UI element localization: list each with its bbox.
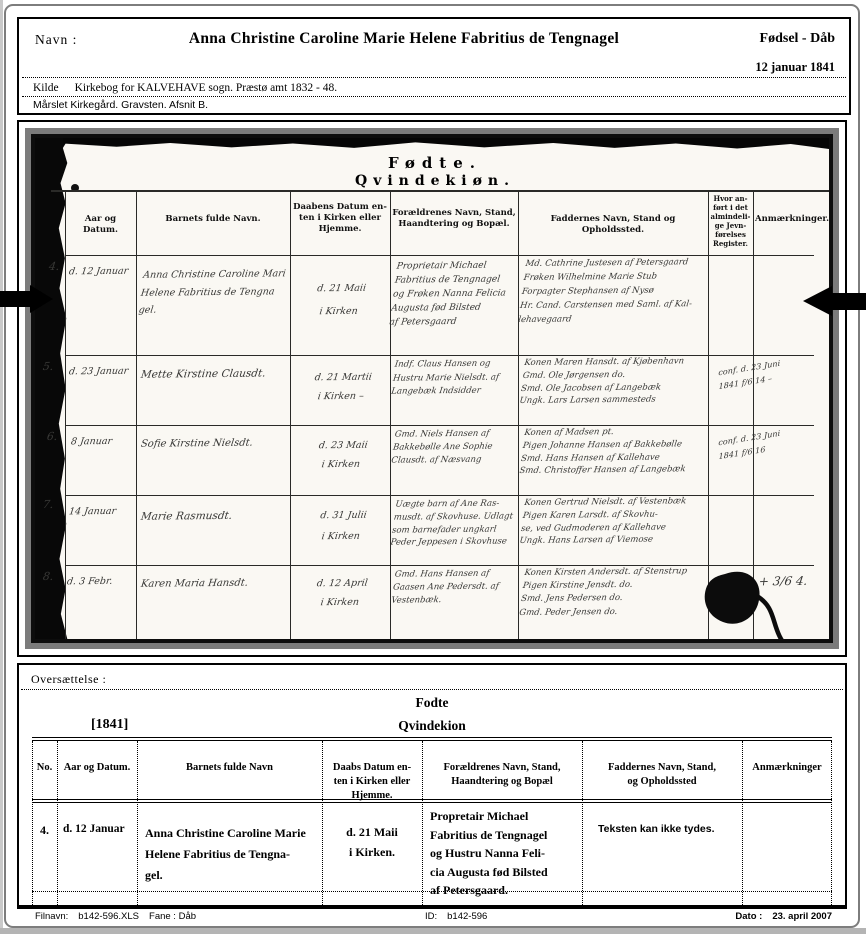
row-name: Mette Kirstine Clausdt. [140,367,292,381]
row-baptism: d. 12 April i Kirken [292,574,389,613]
left-arrow-body [0,291,30,307]
row-no: 7. [42,498,54,511]
window-left-edge [0,0,3,934]
scan-col-header-remarks: Anmærkninger. [755,214,827,225]
event-date: 12 januar 1841 [755,60,835,75]
rule [65,190,66,639]
ink-blob [687,566,817,643]
tr-col-header-no: No. [32,761,57,775]
row-date: 8 Januar [70,436,136,448]
row-witnesses: Md. Cathrine Justesen af Petersgaard Frø… [517,255,714,327]
tr-row-name: Anna Christine Caroline Marie Helene Fab… [145,823,317,886]
sheet-label: Fane : Dåb [149,911,196,922]
scan-col-header-register: Hvor an- ført i det almindeli- ge Jevn- … [709,194,752,249]
rule [51,190,829,192]
date-value: 23. april 2007 [772,911,832,922]
scan-col-header-witnesses: Faddernes Navn, Stand og Opholdssted. [520,214,706,236]
divider [21,689,843,690]
scan-panel: Fødte. Qvindekiøn. Aar og Datum. [17,120,847,657]
print-date: Dato :23. april 2007 [735,911,842,922]
name-label: Navn : [35,32,77,48]
file-name-value: b142-596.XLS [78,911,139,922]
event-type: Fødsel - Dåb [760,31,835,47]
source-line: KildeKirkebog for KALVEHAVE sogn. Præstø… [33,82,337,94]
row-parents: Gmd. Hans Hansen af Gaasen Ane Pedersdt.… [390,567,521,608]
rule [290,190,291,639]
row-witnesses: Konen Kirsten Andersdt. af Stenstrup Pig… [518,565,713,620]
row-name: Marie Rasmusdt. [140,509,292,523]
id-label: ID: [425,911,437,922]
translation-label: Oversættelse : [31,672,106,687]
left-arrow-tip [30,285,53,313]
scan-col-header-date: Aar og Datum. [67,214,134,236]
record-header: Navn : Anna Christine Caroline Marie Hel… [17,17,851,115]
window-bottom-edge [0,928,866,934]
tr-col-header-parents: Forældrenes Navn, Stand, Haandtering og … [422,761,582,789]
id-value: b142-596 [447,911,487,922]
tr-row-parents: Propretair Michael Fabritius de Tengnage… [430,807,580,900]
row-no: 8. [42,570,54,583]
record-page: Navn : Anna Christine Caroline Marie Hel… [0,0,866,934]
book-gutter [35,138,69,639]
source-text: Kirkebog for KALVEHAVE sogn. Præstø amt … [75,82,338,94]
tr-col-header-name: Barnets fulde Navn [137,761,322,775]
translation-subtitle: Qvindekion [19,718,845,734]
page-top-edge [63,138,829,149]
row-witnesses: Konen af Madsen pt. Pigen Johanne Hansen… [519,425,714,478]
row-name: Sofie Kirstine Nielsdt. [140,437,292,450]
tr-row-date: d. 12 Januar [63,823,135,835]
right-arrow-body [832,293,866,310]
source-label: Kilde [33,82,59,94]
row-no: 6. [46,430,58,443]
scan-col-header-baptism: Daabens Datum en- ten i Kirken eller Hje… [292,202,388,235]
tr-row-no: 4. [32,823,57,838]
tr-row-baptism: d. 21 Maii i Kirken. [322,823,422,863]
tr-col-header-witnesses: Faddernes Navn, Stand, og Opholdssted [582,761,742,789]
divider [22,77,846,78]
record-id: ID:b142-596 [425,911,497,922]
tr-col-header-baptism: Daabs Datum en- ten i Kirken eller Hjemm… [322,761,422,804]
tr-col-header-remarks: Anmærkninger [742,761,832,775]
divider [22,96,846,97]
tr-col-header-date: Aar og Datum. [57,761,137,775]
row-no: 5. [42,360,54,373]
file-info: Filnavn:b142-596.XLSFane : Dåb [35,911,206,922]
row-parents: Indf. Claus Hansen og Hustru Marie Niels… [390,357,521,399]
row-baptism: d. 21 Maii i Kirken [290,278,390,325]
row-parents: Proprietair Michael Fabritius de Tengnag… [388,259,523,330]
row-no: 4. [48,260,60,273]
row-date: d. 23 Januar [68,366,136,378]
right-arrow-tip [803,286,832,316]
scan-title-line2: Qvindekiøn. [95,173,775,189]
scan-col-header-name: Barnets fulde Navn. [138,214,288,225]
row-date: d. 3 Febr. [66,576,134,588]
row-date: d. 12 Januar [68,266,136,278]
cemetery-note: Mårslet Kirkegård. Gravsten. Afsnit B. [33,99,208,111]
translation-table: No. Aar og Datum. Barnets fulde Navn Daa… [32,737,832,907]
row-remark: conf. d. 23 Juni 1841 f/6 14 – [718,350,826,395]
scan-title: Fødte. Qvindekiøn. [95,154,775,189]
scan-frame: Fødte. Qvindekiøn. Aar og Datum. [25,128,839,649]
row-remark: conf. d. 23 Juni 1841 f/6 16 [718,420,826,465]
scan-title-line1: Fødte. [95,154,775,172]
translation-title: Fodte [19,695,845,711]
row-date: 14 Januar [68,506,136,518]
row-baptism: d. 23 Maii i Kirken [294,436,389,475]
row-parents: Uægte barn af Ane Ras- musdt. af Skovhus… [390,497,523,549]
row-witnesses: Konen Maren Hansdt. af Kjøbenhavn Gmd. O… [519,355,714,408]
file-name-label: Filnavn: [35,911,68,922]
rule [390,190,391,639]
tr-row-witnesses: Teksten kan ikke tydes. [598,823,740,835]
row-baptism: d. 21 Martii i Kirken – [294,368,389,407]
date-label: Dato : [735,911,762,922]
rule [32,799,832,803]
translation-panel: Oversættelse : Fodte [1841] Qvindekion N… [17,663,847,909]
row-baptism: d. 31 Julii i Kirken [294,506,390,549]
row-name: Anna Christine Caroline Mari Helene Fabr… [137,265,292,319]
row-witnesses: Konen Gertrud Nielsdt. af Vestenbæk Pige… [519,495,714,548]
person-name: Anna Christine Caroline Marie Helene Fab… [139,30,669,48]
rule [136,190,137,639]
row-name: Karen Maria Hansdt. [140,577,292,590]
scan-paper: Fødte. Qvindekiøn. Aar og Datum. [31,134,833,643]
scan-col-header-parents: Forældrenes Navn, Stand, Haandtering og … [392,208,516,230]
row-parents: Gmd. Niels Hansen af Bakkebølle Ane Soph… [390,427,521,468]
